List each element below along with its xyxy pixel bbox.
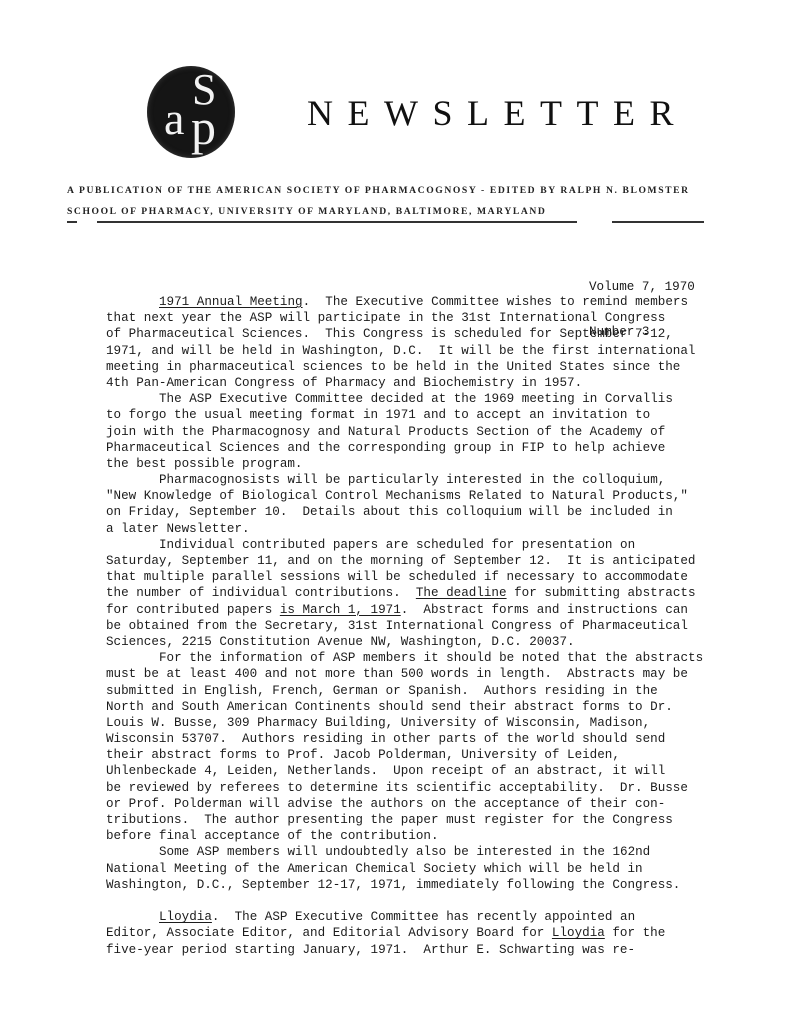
paragraph: Some ASP members will undoubtedly also b… — [106, 844, 703, 893]
text-line: Washington, D.C., September 12-17, 1971,… — [106, 877, 703, 893]
text-line: or Prof. Polderman will advise the autho… — [106, 796, 703, 812]
section-1971-annual-meeting: 1971 Annual Meeting. The Executive Commi… — [106, 294, 703, 893]
logo-letter-a: a — [164, 96, 184, 142]
text-line: submitted in English, French, German or … — [106, 683, 703, 699]
text-line: of Pharmaceutical Sciences. This Congres… — [106, 326, 703, 342]
text-line: a later Newsletter. — [106, 521, 703, 537]
text-line: The ASP Executive Committee decided at t… — [106, 391, 703, 407]
text-line: must be at least 400 and not more than 5… — [106, 666, 703, 682]
logo-letter-p: p — [191, 102, 216, 152]
text-line: 4th Pan-American Congress of Pharmacy an… — [106, 375, 703, 391]
text-line: on Friday, September 10. Details about t… — [106, 504, 703, 520]
text-line: before final acceptance of the contribut… — [106, 828, 703, 844]
paragraph: Lloydia. The ASP Executive Committee has… — [106, 909, 703, 958]
text-line: For the information of ASP members it sh… — [106, 650, 703, 666]
header-rule — [612, 221, 704, 223]
text-line: Pharmacognosists will be particularly in… — [106, 472, 703, 488]
underlined-text: is March 1, 1971 — [280, 603, 401, 617]
text-line: "New Knowledge of Biological Control Mec… — [106, 488, 703, 504]
text-line: Pharmaceutical Sciences and the correspo… — [106, 440, 703, 456]
text-line: that next year the ASP will participate … — [106, 310, 703, 326]
text-line: to forgo the usual meeting format in 197… — [106, 407, 703, 423]
text-line: be reviewed by referees to determine its… — [106, 780, 703, 796]
text-line: National Meeting of the American Chemica… — [106, 861, 703, 877]
text-line: Editor, Associate Editor, and Editorial … — [106, 925, 703, 941]
address-line: SCHOOL OF PHARMACY, UNIVERSITY OF MARYLA… — [67, 206, 546, 217]
text-line: Sciences, 2215 Constitution Avenue NW, W… — [106, 634, 703, 650]
text-line: the number of individual contributions. … — [106, 585, 703, 601]
text-line: North and South American Continents shou… — [106, 699, 703, 715]
article-body: 1971 Annual Meeting. The Executive Commi… — [106, 294, 703, 958]
header-rule — [97, 221, 577, 223]
text-line: Uhlenbeckade 4, Leiden, Netherlands. Upo… — [106, 763, 703, 779]
underlined-text: Lloydia — [159, 910, 212, 924]
text-line: Saturday, September 11, and on the morni… — [106, 553, 703, 569]
paragraph: Pharmacognosists will be particularly in… — [106, 472, 703, 537]
paragraph: The ASP Executive Committee decided at t… — [106, 391, 703, 472]
underlined-text: 1971 Annual Meeting — [159, 295, 303, 309]
text-line: be obtained from the Secretary, 31st Int… — [106, 618, 703, 634]
publication-line: A PUBLICATION OF THE AMERICAN SOCIETY OF… — [67, 185, 690, 196]
text-line: five-year period starting January, 1971.… — [106, 942, 703, 958]
volume-label: Volume 7, 1970 — [589, 280, 695, 295]
text-line: that multiple parallel sessions will be … — [106, 569, 703, 585]
text-line: Individual contributed papers are schedu… — [106, 537, 703, 553]
text-line: tributions. The author presenting the pa… — [106, 812, 703, 828]
underlined-text: Lloydia — [552, 926, 605, 940]
text-line: 1971, and will be held in Washington, D.… — [106, 343, 703, 359]
text-line: Lloydia. The ASP Executive Committee has… — [106, 909, 703, 925]
paragraph: For the information of ASP members it sh… — [106, 650, 703, 844]
header-rule — [67, 221, 77, 223]
text-line: Some ASP members will undoubtedly also b… — [106, 844, 703, 860]
text-line: meeting in pharmaceutical sciences to be… — [106, 359, 703, 375]
asp-logo: S a p — [147, 66, 235, 158]
text-line: Wisconsin 53707. Authors residing in oth… — [106, 731, 703, 747]
newsletter-title: NEWSLETTER — [307, 92, 688, 134]
underlined-text: The deadline — [416, 586, 507, 600]
paragraph: 1971 Annual Meeting. The Executive Commi… — [106, 294, 703, 391]
paragraph: Individual contributed papers are schedu… — [106, 537, 703, 650]
text-line: for contributed papers is March 1, 1971.… — [106, 602, 703, 618]
text-line: 1971 Annual Meeting. The Executive Commi… — [106, 294, 703, 310]
section-lloydia: Lloydia. The ASP Executive Committee has… — [106, 909, 703, 958]
text-line: their abstract forms to Prof. Jacob Pold… — [106, 747, 703, 763]
text-line: Louis W. Busse, 309 Pharmacy Building, U… — [106, 715, 703, 731]
text-line: join with the Pharmacognosy and Natural … — [106, 424, 703, 440]
text-line: the best possible program. — [106, 456, 703, 472]
section-gap — [106, 893, 703, 909]
